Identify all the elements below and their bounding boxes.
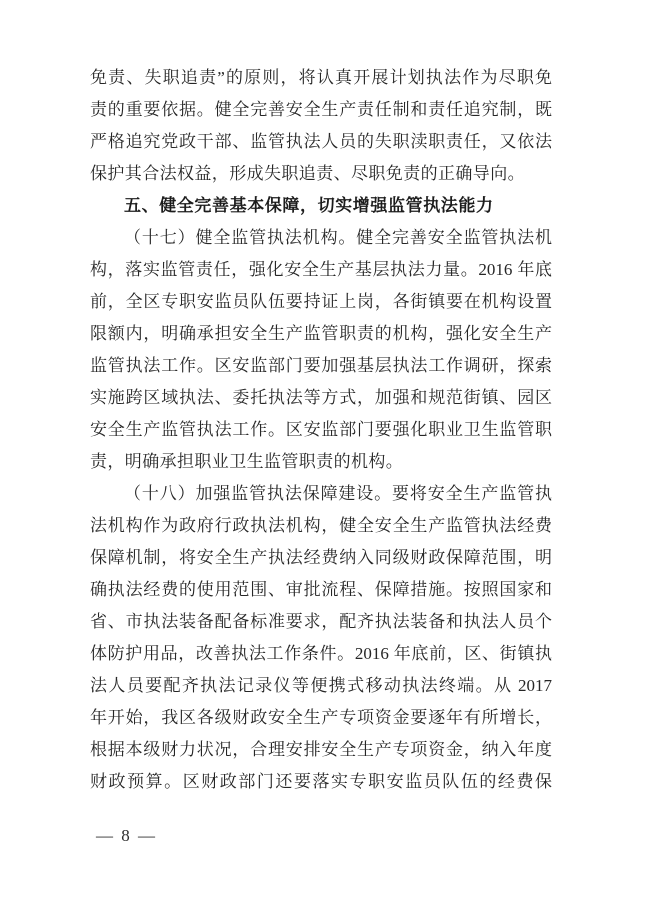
text-line: 构，落实监管责任，强化安全生产基层执法力量。2016 年底 (90, 254, 552, 286)
text-line: 安全生产监管执法工作。区安监部门要强化职业卫生监管职 (90, 414, 552, 446)
document-page: 免责、失职追责”的原则，将认真开展计划执法作为尽职免 责的重要依据。健全完善安全… (0, 0, 650, 919)
text-line: 省、市执法装备配备标准要求，配齐执法装备和执法人员个 (90, 606, 552, 638)
text-line: 根据本级财力状况，合理安排安全生产专项资金，纳入年度 (90, 734, 552, 766)
text-line: 财政预算。区财政部门还要落实专职安监员队伍的经费保 (90, 766, 552, 798)
text-line: 实施跨区域执法、委托执法等方式，加强和规范街镇、园区 (90, 382, 552, 414)
text-line: 限额内，明确承担安全生产监管职责的机构，强化安全生产 (90, 318, 552, 350)
text-line: （十七）健全监管执法机构。健全完善安全监管执法机 (90, 222, 552, 254)
paragraph-18: （十八）加强监管执法保障建设。要将安全生产监管执 法机构作为政府行政执法机构，健… (90, 478, 552, 798)
text-line: 保障机制，将安全生产执法经费纳入同级财政保障范围，明 (90, 542, 552, 574)
text-line: 责，明确承担职业卫生监管职责的机构。 (90, 446, 552, 478)
section-heading: 五、健全完善基本保障，切实增强监管执法能力 (90, 190, 552, 222)
text-line: 法人员要配齐执法记录仪等便携式移动执法终端。从 2017 (90, 670, 552, 702)
text-line: 前，全区专职安监员队伍要持证上岗，各街镇要在机构设置 (90, 286, 552, 318)
text-line: 保护其合法权益，形成失职追责、尽职免责的正确导向。 (90, 158, 552, 190)
text-line: 法机构作为政府行政执法机构，健全安全生产监管执法经费 (90, 510, 552, 542)
document-body: 免责、失职追责”的原则，将认真开展计划执法作为尽职免 责的重要依据。健全完善安全… (90, 62, 552, 798)
text-line: 责的重要依据。健全完善安全生产责任制和责任追究制，既 (90, 94, 552, 126)
text-line: 免责、失职追责”的原则，将认真开展计划执法作为尽职免 (90, 62, 552, 94)
text-line: 监管执法工作。区安监部门要加强基层执法工作调研，探索 (90, 350, 552, 382)
paragraph-17: （十七）健全监管执法机构。健全完善安全监管执法机 构，落实监管责任，强化安全生产… (90, 222, 552, 478)
page-number: — 8 — (96, 826, 157, 846)
text-line: 年开始，我区各级财政安全生产专项资金要逐年有所增长， (90, 702, 552, 734)
text-line: 体防护用品，改善执法工作条件。2016 年底前，区、街镇执 (90, 638, 552, 670)
text-line: （十八）加强监管执法保障建设。要将安全生产监管执 (90, 478, 552, 510)
text-line: 确执法经费的使用范围、审批流程、保障措施。按照国家和 (90, 574, 552, 606)
paragraph-continuation: 免责、失职追责”的原则，将认真开展计划执法作为尽职免 责的重要依据。健全完善安全… (90, 62, 552, 190)
text-line: 严格追究党政干部、监管执法人员的失职渎职责任，又依法 (90, 126, 552, 158)
